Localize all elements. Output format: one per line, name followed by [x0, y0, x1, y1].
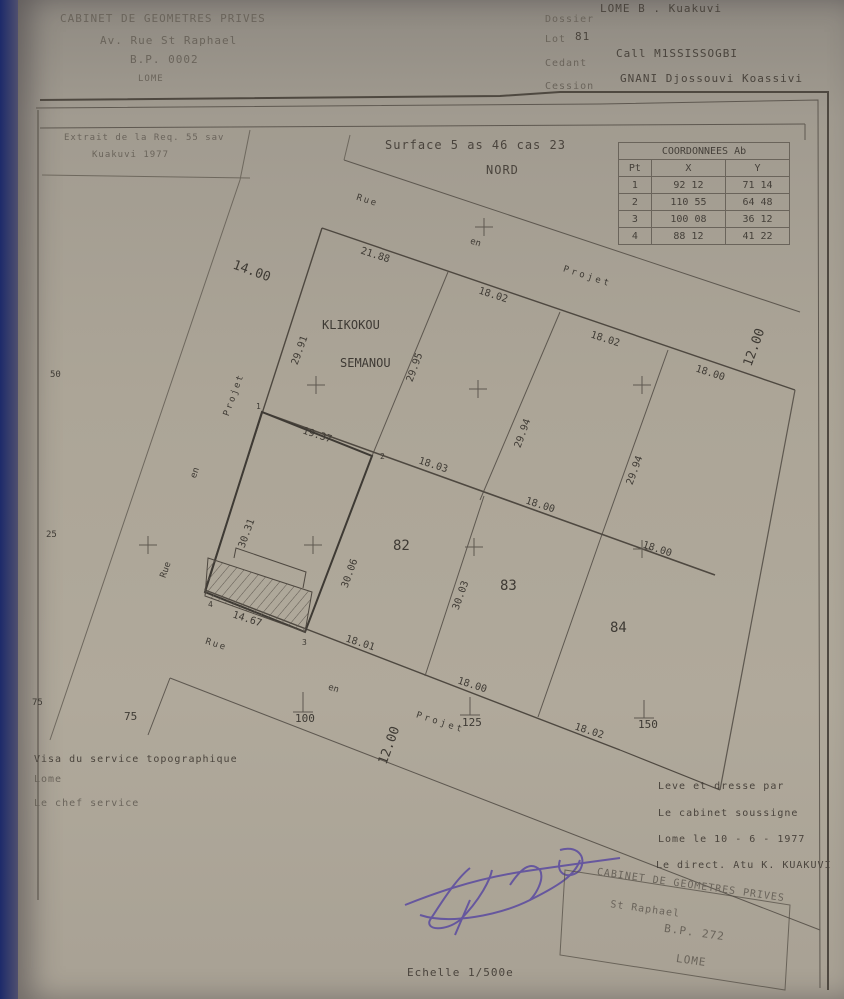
grid-tick-left-50: 50 [50, 370, 61, 380]
cell-x: 110 55 [651, 194, 725, 211]
cell-x: 88 12 [651, 228, 725, 245]
visa-service: Visa du service topographique [34, 754, 238, 765]
grid-tick-left-25: 25 [46, 530, 57, 540]
point-4: 4 [208, 600, 213, 609]
cell-x: 92 12 [651, 177, 725, 194]
surface-area: Surface 5 as 46 cas 23 [385, 138, 566, 152]
scale-label: Echelle 1/500e [407, 966, 514, 979]
cell-y: 64 48 [726, 194, 790, 211]
coordinates-table: COORDONNEES Ab Pt X Y 1 92 12 71 14 2 11… [618, 142, 790, 245]
owner-name-line1: KLIKOKOU [322, 318, 380, 332]
cell-pt: 2 [619, 194, 652, 211]
drawn-by: Leve et dresse par [658, 781, 784, 792]
lot-83-label: 83 [500, 578, 517, 594]
grid-tick-100: 100 [295, 712, 315, 725]
north-label: NORD [486, 163, 519, 177]
cell-pt: 3 [619, 211, 652, 228]
col-header-y: Y [726, 160, 790, 177]
cell-pt: 1 [619, 177, 652, 194]
col-header-x: X [651, 160, 725, 177]
cabinet-undersigned: Le cabinet soussigne [658, 808, 798, 819]
cell-y: 41 22 [726, 228, 790, 245]
table-row: 1 92 12 71 14 [619, 177, 790, 194]
grid-tick-150: 150 [638, 718, 658, 731]
point-1: 1 [256, 402, 261, 411]
col-header-pt: Pt [619, 160, 652, 177]
table-row: 4 88 12 41 22 [619, 228, 790, 245]
date-place: Lome le 10 - 6 - 1977 [658, 834, 805, 845]
cell-pt: 4 [619, 228, 652, 245]
cell-x: 100 08 [651, 211, 725, 228]
coordinates-title: COORDONNEES Ab [619, 143, 790, 160]
point-2: 2 [380, 452, 385, 461]
lot-84-label: 84 [610, 620, 627, 636]
visa-chief: Le chef service [34, 798, 139, 809]
cell-y: 71 14 [726, 177, 790, 194]
point-3: 3 [302, 638, 307, 647]
extract-reference: Extrait de la Req. 55 sav [64, 133, 224, 143]
owner-name-line2: SEMANOU [340, 356, 391, 370]
grid-tick-75: 75 [124, 710, 137, 723]
visa-city: Lome [34, 774, 62, 785]
table-row: 2 110 55 64 48 [619, 194, 790, 211]
lot-82-label: 82 [393, 538, 410, 554]
extract-reference-2: Kuakuvi 1977 [92, 150, 169, 160]
table-row: 3 100 08 36 12 [619, 211, 790, 228]
grid-tick-left-75: 75 [32, 698, 43, 708]
grid-tick-125: 125 [462, 716, 482, 729]
cell-y: 36 12 [726, 211, 790, 228]
director-name: Le direct. Atu K. KUAKUVI [656, 860, 832, 871]
